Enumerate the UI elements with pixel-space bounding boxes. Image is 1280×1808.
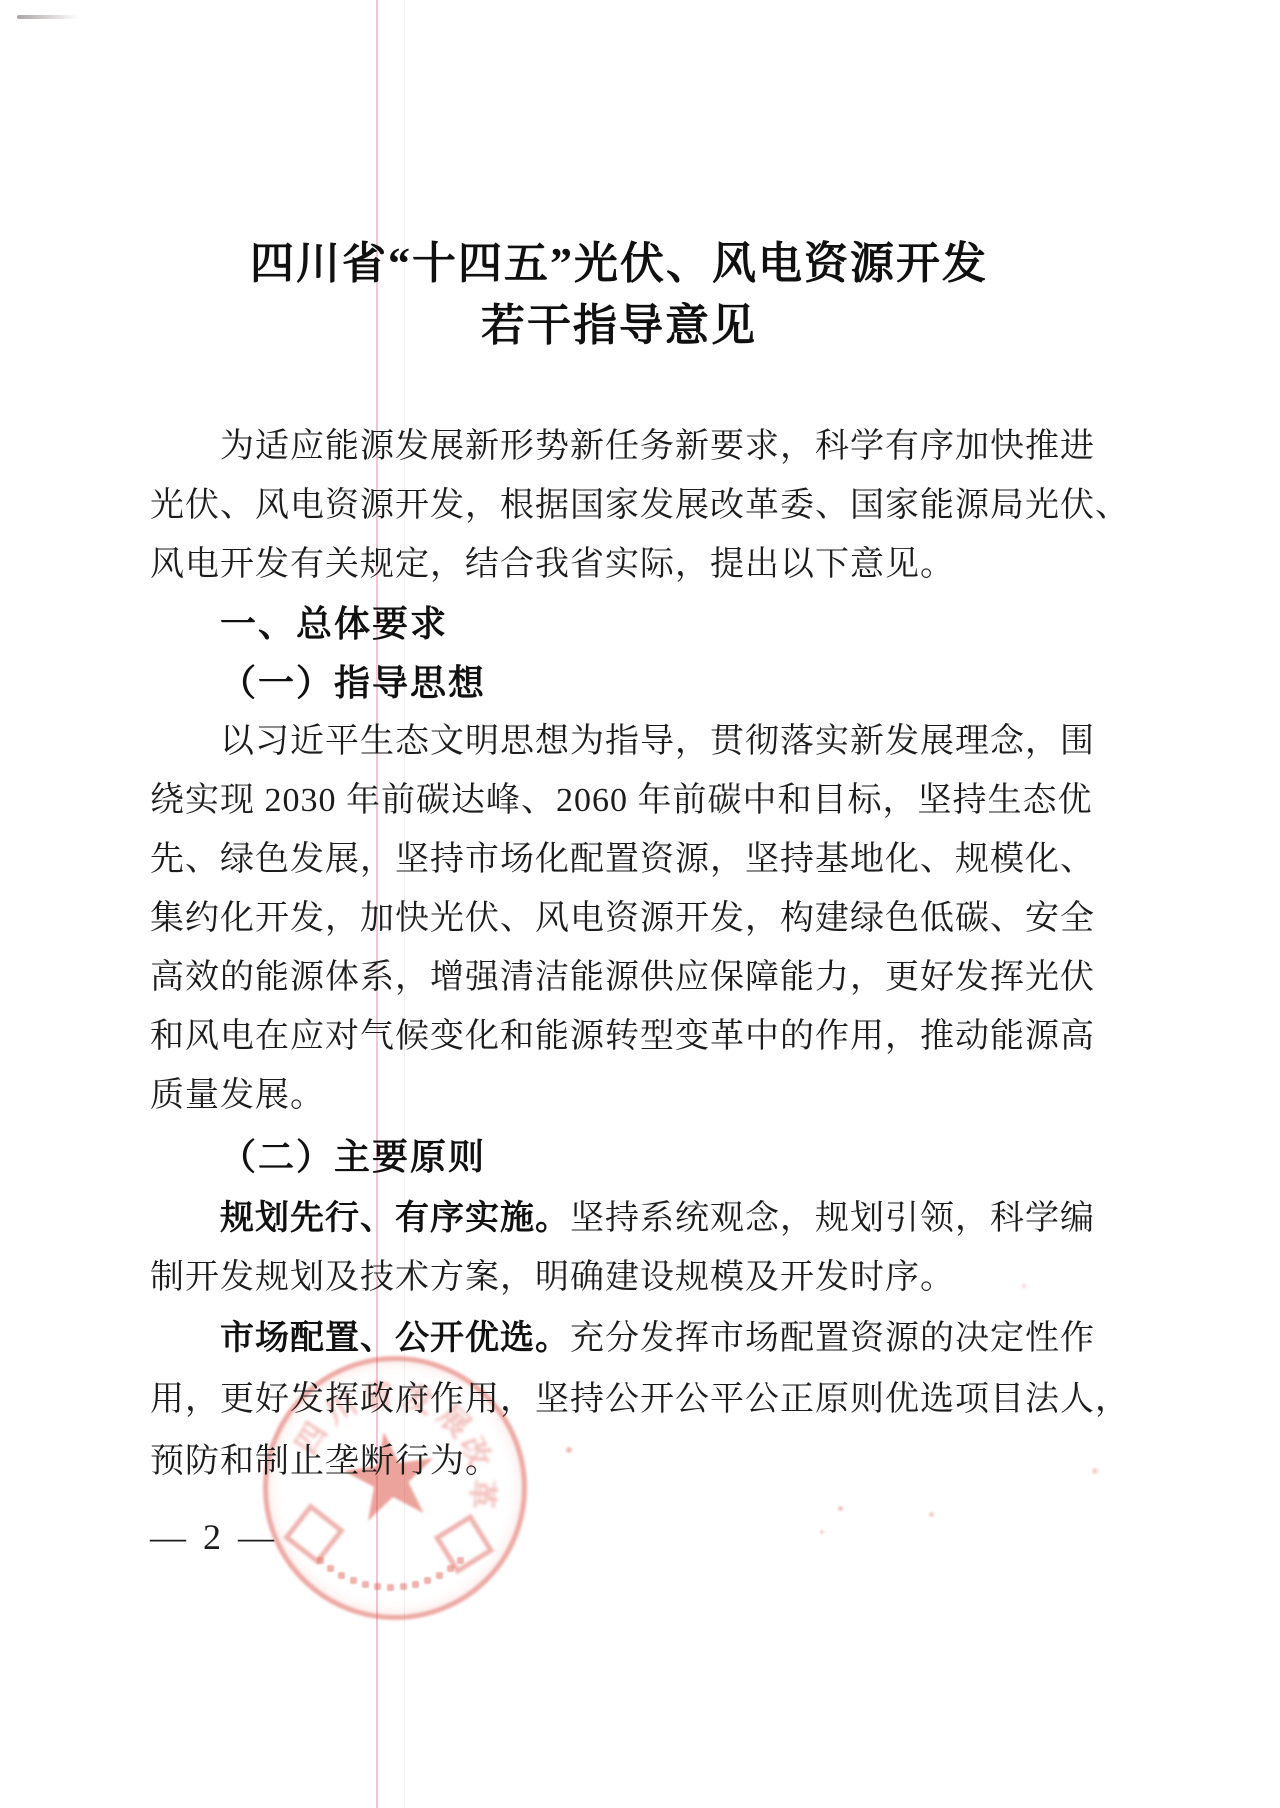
text-line: 质量发展。 bbox=[150, 1069, 1088, 1123]
text-line: 和风电在应对气候变化和能源转型变革中的作用，推动能源高 bbox=[150, 1010, 1088, 1064]
seal-dot bbox=[447, 1565, 454, 1572]
text-line: 预防和制止垄断行为。 bbox=[150, 1435, 1088, 1489]
section-heading: （一）指导思想 bbox=[150, 656, 1088, 710]
section-heading: 一、总体要求 bbox=[150, 597, 1088, 651]
seal-dot bbox=[424, 1577, 431, 1584]
scanned-document-page: ★ 四川省发展改革 四川省“十四五”光伏、风电资源开发若干指导意见为适应能源发展… bbox=[0, 0, 1280, 1808]
bold-lead-in: 市场配置、公开优选。 bbox=[220, 1319, 570, 1357]
text-line: 市场配置、公开优选。充分发挥市场配置资源的决定性作 bbox=[150, 1311, 1088, 1365]
text-line: 为适应能源发展新形势新任务新要求，科学有序加快推进 bbox=[150, 420, 1088, 474]
text-line: 光伏、风电资源开发，根据国家发展改革委、国家能源局光伏、 bbox=[150, 479, 1088, 533]
document-title-line: 四川省“十四五”光伏、风电资源开发 bbox=[150, 235, 1088, 293]
seal-dot bbox=[400, 1583, 407, 1590]
ink-speck bbox=[1092, 1468, 1098, 1474]
text-line: 绕实现 2030 年前碳达峰、2060 年前碳中和目标，坚持生态优 bbox=[150, 774, 1088, 828]
ink-speck bbox=[838, 1506, 843, 1511]
seal-dot bbox=[412, 1581, 419, 1588]
text-line: 以习近平生态文明思想为指导，贯彻落实新发展理念，围 bbox=[150, 715, 1088, 769]
document-title-line: 若干指导意见 bbox=[150, 297, 1088, 355]
page-number: — 2 — bbox=[150, 1516, 278, 1558]
seal-dot bbox=[338, 1572, 345, 1579]
text-line: 制开发规划及技术方案，明确建设规模及开发时序。 bbox=[150, 1251, 1088, 1305]
ink-speck bbox=[929, 1512, 934, 1517]
seal-dot bbox=[457, 1557, 464, 1564]
seal-inner-glyph bbox=[434, 1514, 495, 1575]
seal-dot bbox=[350, 1577, 357, 1584]
text-line: 用，更好发挥政府作用，坚持公开公平公正原则优选项目法人， bbox=[150, 1373, 1088, 1427]
text-line: 高效的能源体系，增强清洁能源供应保障能力，更好发挥光伏 bbox=[150, 951, 1088, 1005]
seal-dot bbox=[327, 1565, 334, 1572]
text-line: 规划先行、有序实施。坚持系统观念，规划引领，科学编 bbox=[150, 1191, 1088, 1245]
scan-smudge bbox=[17, 15, 79, 19]
text-line: 先、绿色发展，坚持市场化配置资源，坚持基地化、规模化、 bbox=[150, 833, 1088, 887]
seal-dot bbox=[362, 1581, 369, 1588]
seal-dot bbox=[374, 1583, 381, 1590]
seal-dot bbox=[436, 1572, 443, 1579]
ink-speck bbox=[820, 1530, 824, 1534]
text-line: 风电开发有关规定，结合我省实际，提出以下意见。 bbox=[150, 538, 1088, 592]
seal-inner-glyph bbox=[283, 1503, 345, 1565]
text-line: 集约化开发，加快光伏、风电资源开发，构建绿色低碳、安全 bbox=[150, 892, 1088, 946]
section-heading: （二）主要原则 bbox=[150, 1130, 1088, 1184]
seal-dot bbox=[387, 1584, 394, 1591]
seal-dot bbox=[317, 1557, 324, 1564]
bold-lead-in: 规划先行、有序实施。 bbox=[220, 1199, 570, 1237]
